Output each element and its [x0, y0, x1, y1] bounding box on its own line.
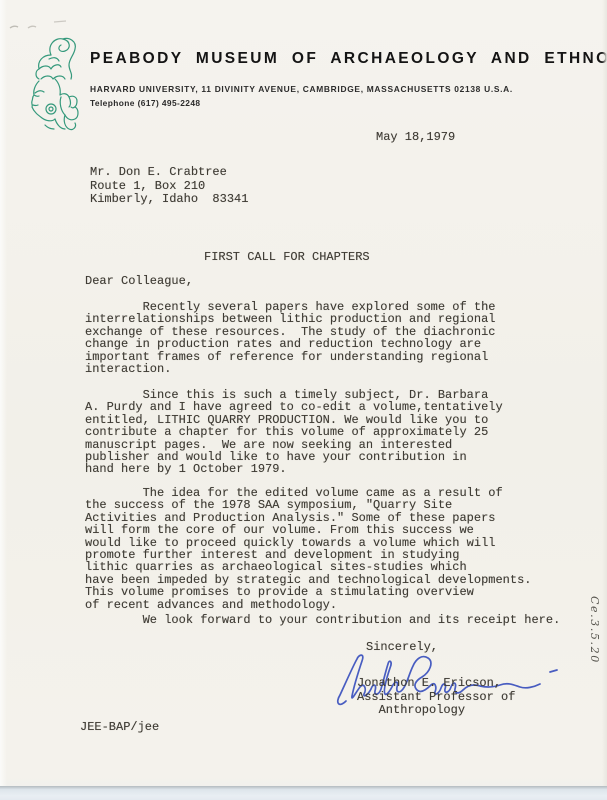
- reference-initials: JEE-BAP/jee: [80, 721, 159, 733]
- body-paragraph-3: The idea for the edited volume came as a…: [85, 487, 531, 611]
- paper-edge-right: [602, 0, 607, 786]
- museum-logo-icon: [25, 35, 81, 133]
- museum-telephone: Telephone (617) 495-2248: [90, 98, 200, 108]
- margin-catalog-note: Ce.3.5.20: [585, 596, 601, 691]
- paper-edge-left: [0, 0, 7, 786]
- body-paragraph-2: Since this is such a timely subject, Dr.…: [85, 389, 503, 476]
- museum-address: HARVARD UNIVERSITY, 11 DIVINITY AVENUE, …: [90, 84, 513, 94]
- subject-line: FIRST CALL FOR CHAPTERS: [204, 251, 370, 263]
- scanner-background-strip: [0, 786, 607, 800]
- body-paragraph-1: Recently several papers have explored so…: [85, 301, 495, 375]
- salutation: Dear Colleague,: [85, 275, 193, 287]
- signature-block: Jonathon E. Ericson, Assistant Professor…: [357, 677, 515, 718]
- recipient-address: Mr. Don E. Crabtree Route 1, Box 210 Kim…: [90, 166, 248, 207]
- museum-name: PEABODY MUSEUM OF ARCHAEOLOGY AND ETHNOL…: [90, 50, 607, 68]
- scanned-letter-page: PEABODY MUSEUM OF ARCHAEOLOGY AND ETHNOL…: [0, 0, 607, 800]
- letter-date: May 18,1979: [376, 131, 455, 143]
- body-paragraph-4: We look forward to your contribution and…: [85, 614, 560, 626]
